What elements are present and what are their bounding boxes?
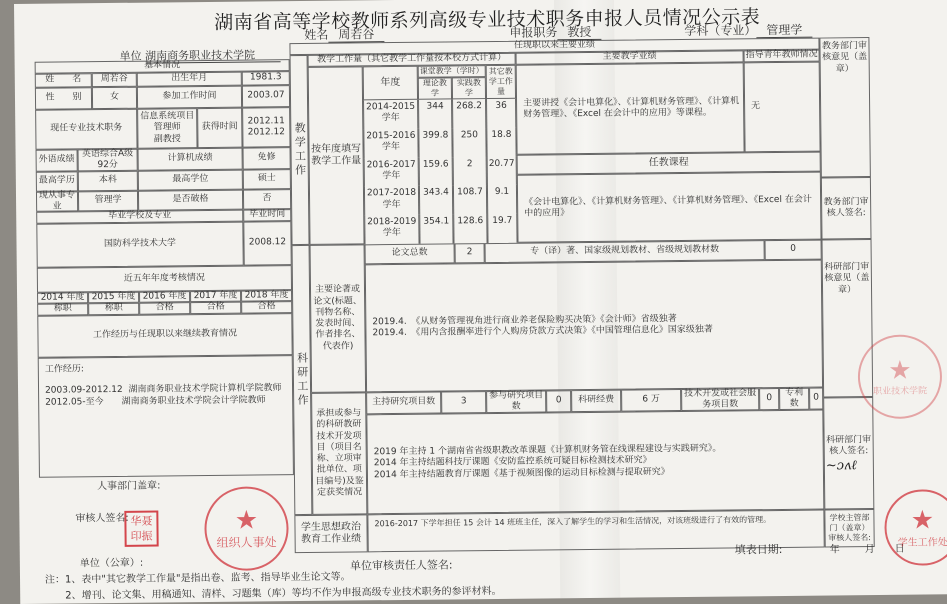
student-seal: ★ 学生工作处 bbox=[884, 489, 947, 566]
post-label: 申报职务 bbox=[509, 25, 557, 40]
tech-label: 技术开发或社会服务项目数 bbox=[681, 388, 759, 411]
fund-label: 科研经费 bbox=[571, 390, 621, 413]
theory-header: 理论教学 bbox=[418, 77, 452, 99]
edu-label: 最高学历 bbox=[36, 171, 78, 191]
form-title: 湖南省高等学校教师系列高级专业技术职务申报人员情况公示表 bbox=[214, 2, 760, 35]
research-dept-sign: 科研部门审核人签名: ~ɔʌℓ bbox=[823, 397, 874, 510]
fill-label: 按年度填写教学工作量 bbox=[308, 66, 365, 245]
work-start-value: 2003.07 bbox=[242, 85, 290, 108]
workload-other: 19.7 bbox=[487, 214, 517, 243]
note-1: 注：1、表中"其它教学工作量"是指出卷、监考、指导毕业生论文等。 bbox=[45, 568, 351, 586]
workload-table: 2014-2015 学年344268.2362015-2016 学年399.82… bbox=[14, 0, 947, 4]
practice-header: 实践教学 bbox=[452, 77, 486, 99]
assessment-result: 合格 bbox=[190, 302, 241, 315]
host-count: 3 bbox=[441, 391, 486, 413]
host-label: 主持研究项目数 bbox=[366, 392, 441, 415]
workload-practice: 250 bbox=[452, 128, 486, 157]
computer-value: 免修 bbox=[243, 147, 291, 170]
workload-other: 9.1 bbox=[487, 185, 517, 214]
gender-label: 性 别 bbox=[35, 87, 92, 110]
name-value: 周若谷 bbox=[328, 27, 384, 43]
teaching-dept-opinion: 教务部门审核意见（盖章） bbox=[819, 37, 870, 178]
post-value: 教授 bbox=[557, 25, 601, 40]
experience-label: 工作经历: bbox=[45, 364, 84, 376]
school-value: 国防科学技术大学 bbox=[36, 222, 243, 268]
assessment-title: 近五年年度考核情况 bbox=[37, 265, 292, 293]
reviewer-label: 审核人签名: bbox=[75, 513, 129, 526]
workload-theory: 354.1 bbox=[419, 215, 453, 244]
research-signature: ~ɔʌℓ bbox=[826, 458, 857, 475]
paper-count: 2 bbox=[455, 243, 485, 263]
unit-resp-label: 单位审核责任人签名: bbox=[350, 556, 453, 573]
assessment-table: 2014 年度称职2015 年度称职2016 年度合格2017 年度合格2018… bbox=[14, 0, 947, 4]
patent-count: 0 bbox=[809, 388, 823, 410]
courses-text: 《会计电算化》、《计算机财务管理》、《计算机财务管理》、《Excel 在会计中的… bbox=[517, 172, 822, 243]
student-seal-text: 学生工作处 bbox=[898, 533, 947, 549]
assessment-year: 2018 年度 bbox=[241, 290, 292, 302]
assessment-year: 2016 年度 bbox=[139, 291, 190, 303]
workload-other: 36 bbox=[486, 99, 516, 128]
assessment-year: 2014 年度 bbox=[37, 292, 88, 304]
papers-list: 2019.4. 《从财务管理视角进行商业养老保险购买决策》《会计师》省级独著 2… bbox=[365, 260, 823, 393]
degree-value: 硕士 bbox=[243, 169, 291, 190]
date-month: 月 bbox=[865, 540, 875, 555]
research-sign-label: 科研部门审核人签名: bbox=[826, 435, 872, 458]
teaching-side-label: 教学工作 bbox=[290, 55, 310, 245]
exception-value: 否 bbox=[243, 189, 291, 210]
application-form: 湖南省高等学校教师系列高级专业技术职务申报人员情况公示表 姓名周若谷 申报职务教… bbox=[14, 0, 947, 598]
experience-item: 2012.05-至今 湖南商务职业技术学院会计学院教师 bbox=[45, 395, 266, 409]
applied-post: 申报职务教授 bbox=[509, 23, 601, 41]
date-year: 年 bbox=[830, 540, 840, 555]
workload-practice: 2 bbox=[453, 157, 487, 186]
assessment-result: 合格 bbox=[139, 302, 190, 315]
name-label: 姓 名 bbox=[35, 73, 92, 88]
workload-theory: 343.4 bbox=[419, 186, 453, 215]
project-item: 2014 年主持结题教育厅课题《基于视频图像的运动目标检测与提取研究》 bbox=[374, 467, 670, 481]
research-seal-text: 职业技术学院 bbox=[873, 383, 927, 397]
workload-theory: 344 bbox=[418, 99, 452, 128]
fund-value: 6 万 bbox=[621, 389, 681, 412]
subject-value: 管理学 bbox=[756, 23, 812, 39]
unit-seal-label: 单位（公章）: bbox=[80, 554, 144, 570]
applicant-name: 姓名周若谷 bbox=[304, 25, 384, 43]
year-header: 年度 bbox=[363, 66, 418, 101]
workload-theory: 159.6 bbox=[419, 157, 453, 186]
name-label: 姓名 bbox=[304, 28, 328, 42]
class-header: 课堂教学（学时） bbox=[418, 65, 486, 78]
birth-value: 1981.3 bbox=[242, 71, 290, 86]
mentor-text: 无 bbox=[744, 62, 821, 153]
patent-label: 专利数 bbox=[779, 388, 809, 410]
reviewer-signature: 审核人签名: bbox=[75, 513, 129, 526]
workload-year: 2014-2015 学年 bbox=[363, 100, 418, 129]
hr-label: 人事部门盖章: bbox=[97, 476, 161, 492]
paper-count-label: 论文总数 bbox=[365, 243, 455, 264]
research-seal: ★ 职业技术学院 bbox=[858, 334, 943, 419]
workload-practice: 268.2 bbox=[452, 99, 486, 128]
current-title-label: 现任专业技术职务 bbox=[35, 109, 137, 150]
tech-count: 0 bbox=[759, 388, 779, 410]
grad-time-value: 2008.12 bbox=[243, 221, 291, 266]
teaching-dept-sign: 教务部门审核人签名: bbox=[821, 177, 872, 240]
textbook-count: 0 bbox=[765, 240, 822, 261]
join-label: 参与研究项目数 bbox=[486, 390, 546, 413]
student-work-label: 学生思想政治教育工作业绩 bbox=[294, 514, 367, 553]
computer-label: 计算机成绩 bbox=[138, 148, 243, 171]
foreign-lang-value: 英语综合A级92分 bbox=[78, 149, 138, 172]
assessment-result: 称职 bbox=[37, 303, 88, 316]
projects-list: 2019 年主持 1 个湖南省省级职教改革课题《计算机财务管在线课程建设与实践研… bbox=[366, 410, 824, 515]
star-icon: ★ bbox=[911, 507, 935, 533]
workload-year: 2016-2017 学年 bbox=[364, 157, 419, 186]
projects-label: 承担或参与的科研教研技术开发项目（项目名称、立项审批单位、项目编号)及鉴定获奖情… bbox=[311, 392, 367, 515]
date-label: 填表日期: bbox=[735, 541, 783, 557]
papers-label: 主要论著或论文(标题、刊物名称、发表时间、作者排名、代表作) bbox=[310, 244, 367, 393]
gender-value: 女 bbox=[92, 87, 137, 109]
other-header: 其它教学工作量 bbox=[486, 65, 516, 99]
assessment-result: 合格 bbox=[241, 301, 292, 314]
paper-item: 2019.4. 《用内含报酬率进行个人购房贷款方式决策》《中国管理信息化》国家级… bbox=[372, 325, 712, 340]
assessment-year: 2017 年度 bbox=[190, 291, 241, 303]
exception-label: 是否破格 bbox=[138, 190, 243, 211]
major-value: 管理学 bbox=[78, 191, 138, 212]
main-teaching-text: 主要讲授《会计电算化》、《计算机财务管理》、《计算机财务管理》、《Excel 在… bbox=[516, 62, 745, 154]
experience-body: 工作经历: 2003.09-2012.12 湖南商务职业技术学院计算机学院教师 … bbox=[38, 355, 294, 478]
workload-theory: 399.8 bbox=[418, 128, 452, 157]
hr-seal: ★ 组织人事处 bbox=[204, 486, 289, 571]
degree-label: 最高学位 bbox=[138, 170, 243, 191]
current-titles: 信息系统项目管理师 副教授 bbox=[137, 108, 197, 149]
subject: 学科（专业）管理学 bbox=[684, 21, 812, 39]
foreign-lang-label: 外语成绩 bbox=[36, 149, 78, 171]
star-icon: ★ bbox=[888, 357, 912, 383]
workload-year: 2018-2019 学年 bbox=[364, 215, 419, 244]
join-count: 0 bbox=[546, 390, 571, 412]
name-value: 周若谷 bbox=[92, 73, 137, 87]
mentor-title: 指导青年教师情况 bbox=[744, 50, 820, 63]
hr-seal-text: 组织人事处 bbox=[217, 533, 277, 551]
workload-year: 2015-2016 学年 bbox=[363, 129, 418, 158]
major-label: 现从事专业 bbox=[36, 191, 78, 211]
workload-other: 18.8 bbox=[486, 128, 516, 157]
experience-title: 工作经历与任现职以来继续教育情况 bbox=[37, 313, 292, 358]
obtained-value: 2012.11 2012.12 bbox=[242, 107, 290, 148]
subject-label: 学科（专业） bbox=[684, 23, 756, 38]
obtained-label: 获得时间 bbox=[197, 108, 242, 148]
grad-time-label: 毕业时间 bbox=[243, 209, 291, 222]
workload-other: 20.77 bbox=[487, 156, 517, 185]
assessment-result: 称职 bbox=[88, 303, 139, 316]
assessment-year: 2015 年度 bbox=[88, 292, 139, 304]
star-icon: ★ bbox=[235, 507, 259, 533]
workload-practice: 128.6 bbox=[453, 214, 487, 243]
edu-value: 本科 bbox=[78, 171, 138, 192]
workload-year: 2017-2018 学年 bbox=[364, 186, 419, 215]
workload-practice: 108.7 bbox=[453, 185, 487, 214]
birth-label: 出生年月 bbox=[137, 72, 242, 87]
personal-seal: 华聂 印振 bbox=[124, 511, 158, 547]
work-start-label: 参加工作时间 bbox=[137, 86, 242, 109]
